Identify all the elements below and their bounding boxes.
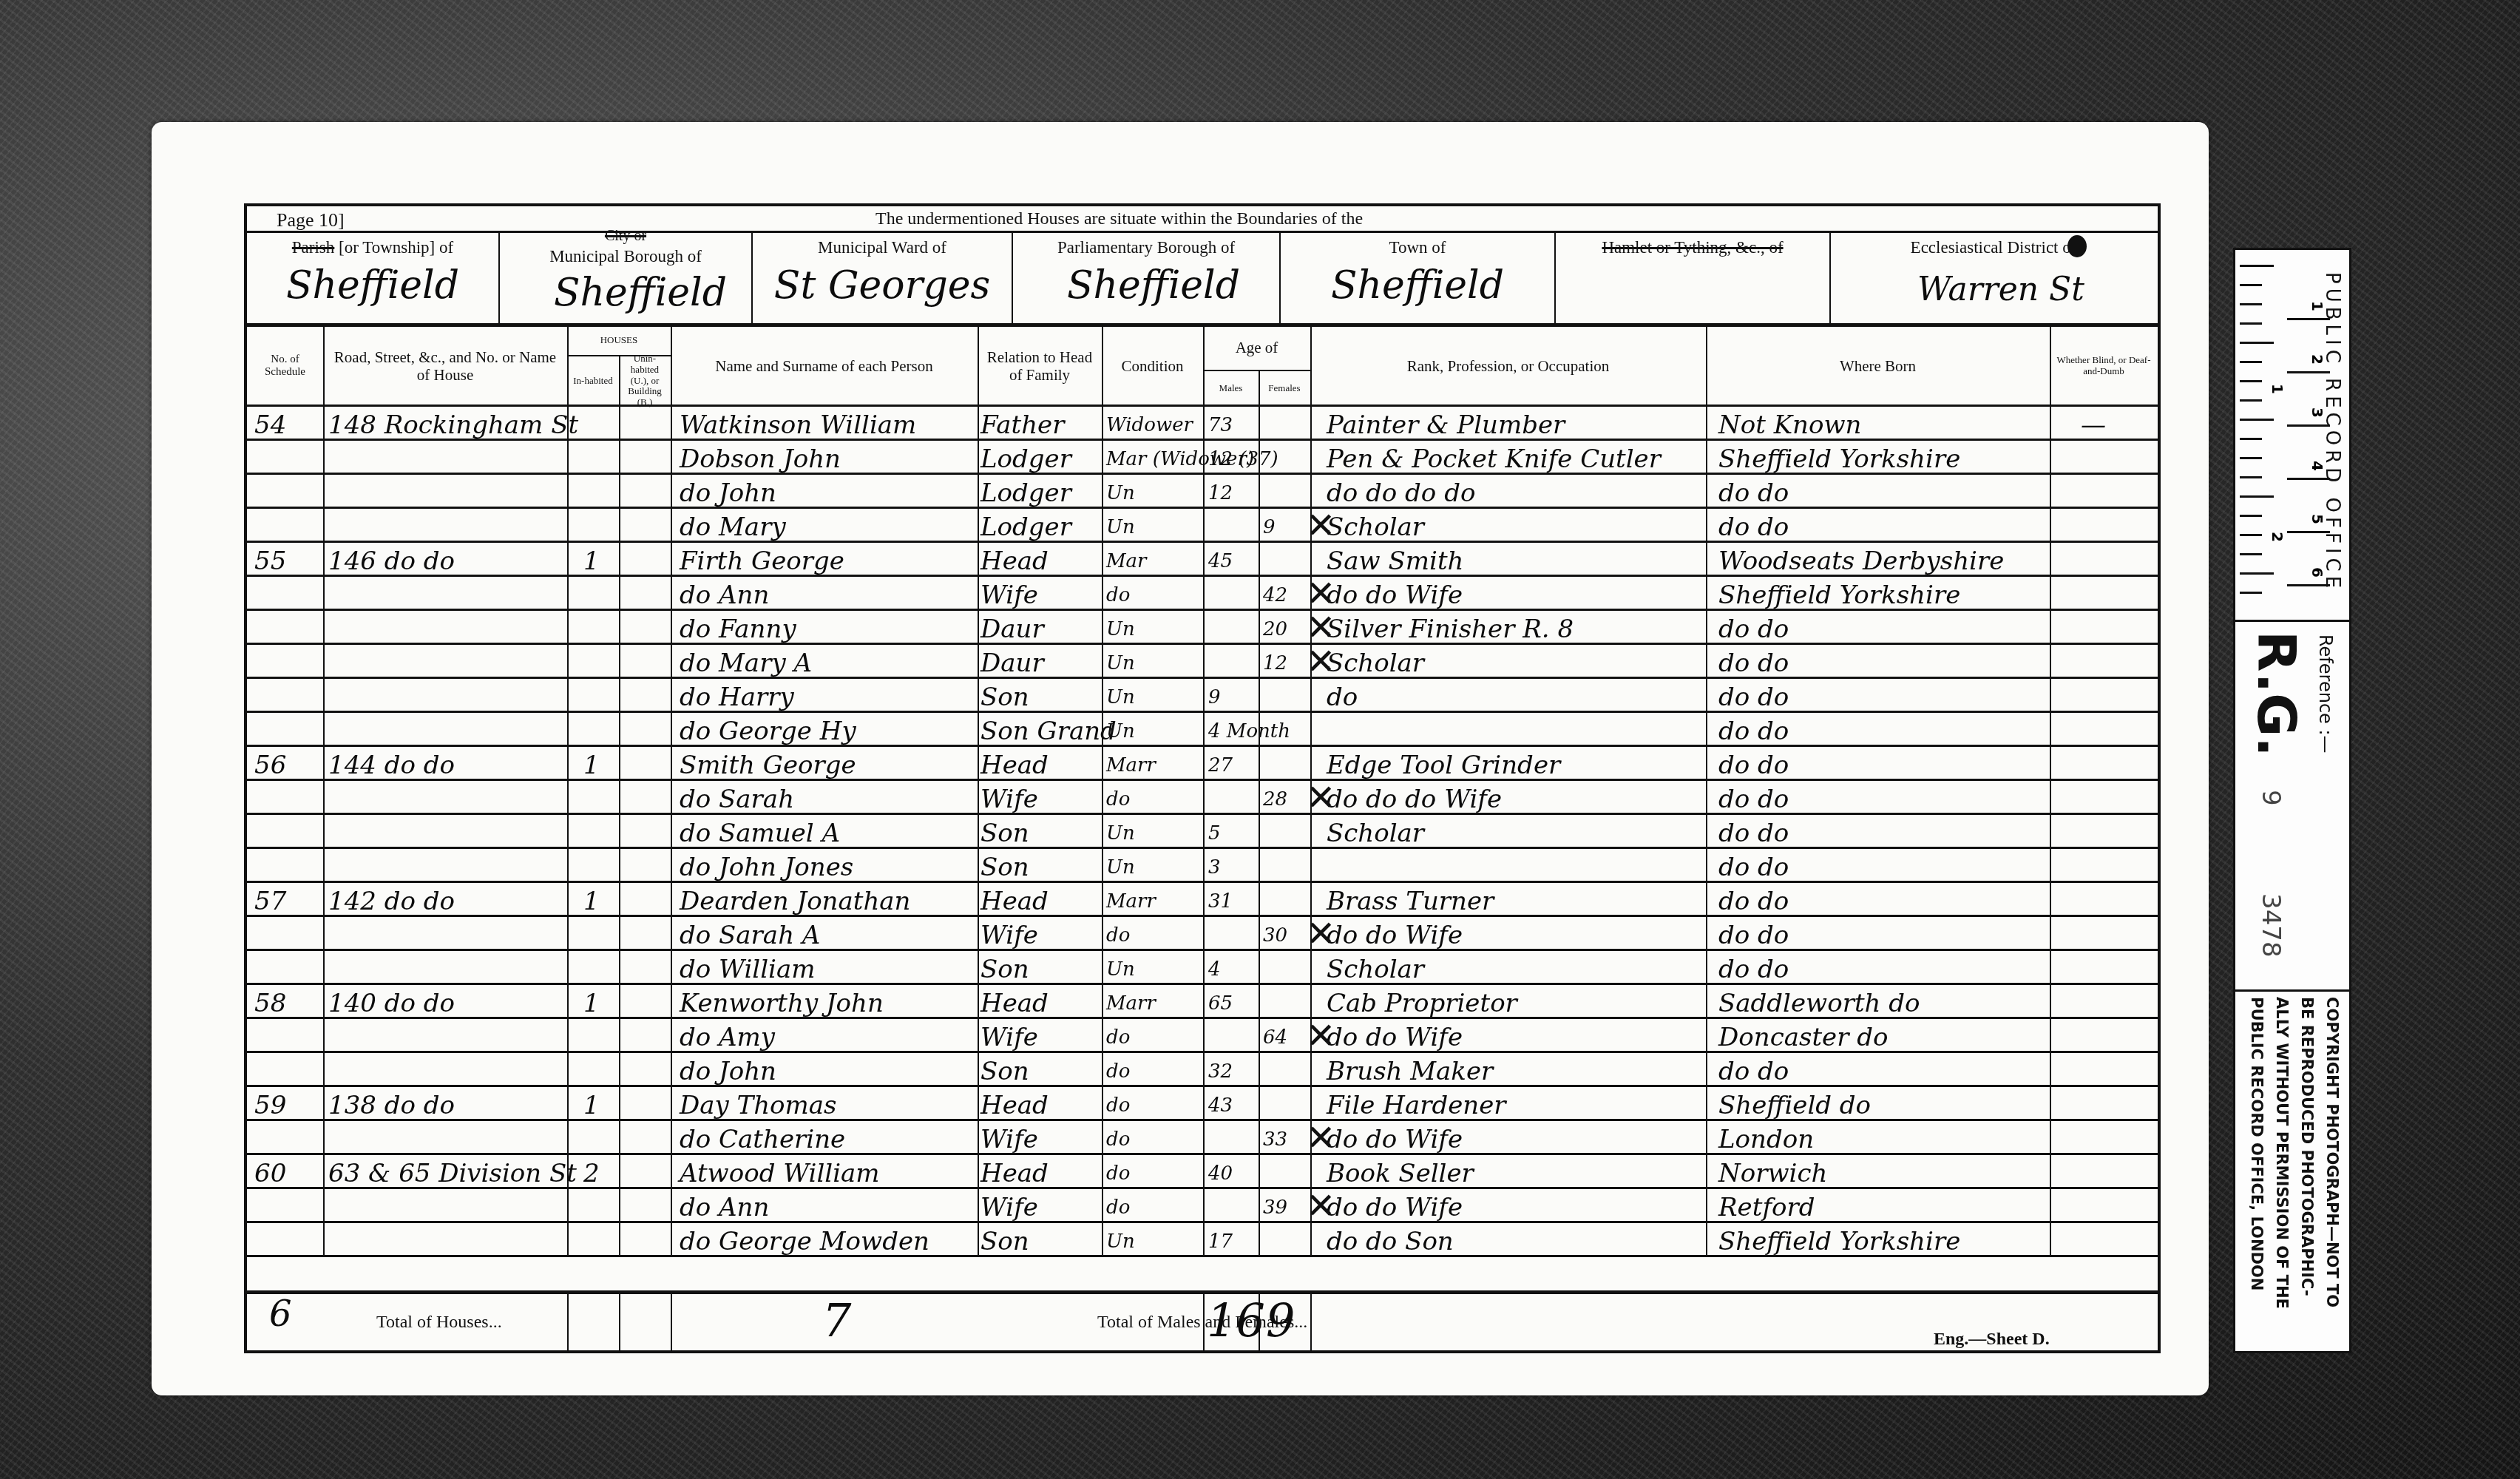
cell-relation: Head xyxy=(980,1154,1049,1188)
cell-where-born: do do xyxy=(1718,508,1789,542)
ruler-cm-number: 4 xyxy=(2309,461,2326,471)
cell-condition: Marr xyxy=(1106,984,1156,1018)
cell-condition: do xyxy=(1106,916,1130,950)
divider xyxy=(2050,327,2051,405)
location-municipal-ward: Municipal Ward of St Georges xyxy=(753,232,1012,325)
divider xyxy=(1706,406,1707,1256)
cell-condition: do xyxy=(1106,780,1130,814)
cell-name: Kenworthy John xyxy=(680,984,884,1018)
cell-relation: Son xyxy=(980,950,1029,984)
table-row: do George HySon GrandUn4 Monthdo do xyxy=(247,712,2158,746)
cell-schedule: 57 xyxy=(254,882,286,916)
divider xyxy=(1259,1293,1260,1353)
divider xyxy=(1102,327,1103,405)
cell-where-born: London xyxy=(1718,1120,1814,1154)
cell-condition: do xyxy=(1106,1086,1130,1120)
cell-relation: Son Grand xyxy=(980,712,1117,746)
cell-where-born: Sheffield Yorkshire xyxy=(1718,576,1960,610)
table-row: do George MowdenSonUn17do do SonSheffiel… xyxy=(247,1222,2158,1256)
location-town: Town of Sheffield xyxy=(1281,232,1554,325)
cell-relation: Daur xyxy=(980,610,1044,644)
cell-occupation: do do Wife xyxy=(1327,576,1463,610)
cell-name: do Amy xyxy=(680,1018,775,1052)
column-header-where-born: Where Born xyxy=(1706,327,2050,405)
cell-occupation: do do Wife xyxy=(1327,916,1463,950)
ruler-tick xyxy=(2240,303,2262,305)
cell-where-born: do do xyxy=(1718,1052,1789,1086)
column-header-road: Road, Street, &c., and No. or Name of Ho… xyxy=(323,327,567,405)
divider xyxy=(1310,327,1312,405)
cell-relation: Lodger xyxy=(980,474,1071,508)
totals-row: 6 Total of Houses... 7 Total of Males an… xyxy=(247,1293,2158,1353)
column-header-uninhabited: Unin-habited (U.), or Building (B.) xyxy=(619,356,671,405)
ruler-inch-number: 1 xyxy=(2269,384,2286,394)
cell-male-age: 17 xyxy=(1208,1222,1233,1256)
divider xyxy=(567,355,671,356)
cell-where-born: do do xyxy=(1718,678,1789,712)
location-value: Sheffield xyxy=(1295,263,1540,308)
divider xyxy=(671,406,672,1256)
cell-relation: Wife xyxy=(980,1120,1038,1154)
divider xyxy=(1203,406,1205,1256)
totals-males-value: 16 xyxy=(1207,1293,1265,1347)
table-row: do AnnWifedo42do do WifeSheffield Yorksh… xyxy=(247,576,2158,610)
ruler-cm-segment xyxy=(2287,478,2330,533)
cell-where-born: do do xyxy=(1718,746,1789,780)
ruler-tick xyxy=(2240,457,2262,459)
cell-condition: do xyxy=(1106,1120,1130,1154)
cell-male-age: 5 xyxy=(1208,814,1221,848)
tally-mark-icon: ✕ xyxy=(1306,641,1335,683)
divider xyxy=(978,406,979,1256)
cell-inhabited: 1 xyxy=(583,882,600,916)
cell-name: Watkinson William xyxy=(680,406,916,440)
divider xyxy=(619,1293,620,1353)
cell-name: do Sarah A xyxy=(680,916,820,950)
census-enumeration-sheet: Page 10] The undermentioned Houses are s… xyxy=(244,203,2161,1353)
ruler-tick xyxy=(2240,284,2262,286)
ruler-cm-segment xyxy=(2287,424,2330,480)
cell-where-born: do do xyxy=(1718,644,1789,678)
table-row: do MaryLodgerUn9Scholardo do xyxy=(247,508,2158,542)
column-header-blind: Whether Blind, or Deaf-and-Dumb xyxy=(2050,327,2158,405)
location-hamlet: Hamlet or Tything, &c., of xyxy=(1556,232,1829,325)
location-label: Parliamentary Borough of xyxy=(1013,238,1279,257)
cell-where-born: Norwich xyxy=(1718,1154,1827,1188)
table-row: 54148 Rockingham StWatkinson WilliamFath… xyxy=(247,406,2158,440)
cell-female-age: 12 xyxy=(1263,644,1287,678)
cell-inhabited: 1 xyxy=(583,746,600,780)
table-row: 6063 & 65 Division St2Atwood WilliamHead… xyxy=(247,1154,2158,1188)
cell-where-born: do do xyxy=(1718,780,1789,814)
cell-name: do John Jones xyxy=(680,848,853,882)
cell-condition: Marr xyxy=(1106,746,1156,780)
cell-where-born: do do xyxy=(1718,712,1789,746)
cell-road: 138 do do xyxy=(328,1086,455,1120)
cell-relation: Wife xyxy=(980,916,1038,950)
divider xyxy=(619,356,620,405)
cell-relation: Wife xyxy=(980,1018,1038,1052)
location-parliamentary-borough: Parliamentary Borough of Sheffield xyxy=(1013,232,1279,325)
cell-occupation: Scholar xyxy=(1327,950,1424,984)
cell-schedule: 54 xyxy=(254,406,286,440)
sheet-footer: Eng.—Sheet D. xyxy=(1934,1330,2050,1350)
census-rows: 54148 Rockingham StWatkinson WilliamFath… xyxy=(247,406,2158,1290)
cell-male-age: 3 xyxy=(1208,848,1221,882)
cell-name: do George Hy xyxy=(680,712,856,746)
cell-occupation: do do do Wife xyxy=(1327,780,1502,814)
location-label: Ecclesiastical District of xyxy=(1831,238,2156,257)
column-group-houses: HOUSES xyxy=(567,327,671,353)
cell-where-born: Doncaster do xyxy=(1718,1018,1888,1052)
location-label-struck: City or xyxy=(605,228,646,244)
cell-male-age: 40 xyxy=(1208,1154,1233,1188)
column-header-schedule: No. of Schedule xyxy=(247,327,323,405)
location-label: Municipal Ward of xyxy=(753,238,1012,257)
column-header-inhabited: In-habited xyxy=(567,356,619,405)
cell-male-age: 32 xyxy=(1208,1052,1233,1086)
cell-condition: do xyxy=(1106,1188,1130,1222)
tally-mark-icon: ✕ xyxy=(1306,777,1335,819)
table-row: do HarrySonUn9dodo do xyxy=(247,678,2158,712)
ruler-tick xyxy=(2240,438,2262,440)
cell-schedule: 58 xyxy=(254,984,286,1018)
cell-occupation: Scholar xyxy=(1327,814,1424,848)
cell-occupation: do do Wife xyxy=(1327,1018,1463,1052)
ruler-cm-segment xyxy=(2287,318,2330,373)
cell-road: 140 do do xyxy=(328,984,455,1018)
cell-female-age: 39 xyxy=(1263,1188,1287,1222)
totals-females-value: 9 xyxy=(1266,1293,1295,1347)
cell-relation: Head xyxy=(980,882,1049,916)
cell-relation: Son xyxy=(980,1222,1029,1256)
cell-road: 148 Rockingham St xyxy=(328,406,578,440)
cell-schedule: 59 xyxy=(254,1086,286,1120)
column-group-age: Age of xyxy=(1203,327,1310,368)
page-number: Page 10] xyxy=(277,209,345,231)
cell-where-born: do do xyxy=(1718,848,1789,882)
table-row: do Mary ADaurUn12Scholardo do xyxy=(247,644,2158,678)
ruler-tick xyxy=(2240,419,2274,421)
cell-schedule: 55 xyxy=(254,542,286,576)
cell-female-age: 33 xyxy=(1263,1120,1287,1154)
cell-inhabited: 1 xyxy=(583,542,600,576)
copyright-notice: COPYRIGHT PHOTOGRAPH—NOT TO BE REPRODUCE… xyxy=(2244,997,2345,1322)
location-label: [or Township] of xyxy=(339,238,453,257)
cell-where-born: Saddleworth do xyxy=(1718,984,1920,1018)
cell-male-age: 12 xyxy=(1208,474,1233,508)
cell-name: do John xyxy=(680,1052,776,1086)
cell-male-age: 31 xyxy=(1208,882,1233,916)
table-row: do JohnLodgerUn12do do do dodo do xyxy=(247,474,2158,508)
boundaries-title: The undermentioned Houses are situate wi… xyxy=(875,209,1615,229)
cell-female-age: 30 xyxy=(1263,916,1287,950)
divider xyxy=(2235,989,2349,992)
cell-condition: Un xyxy=(1106,848,1135,882)
cell-female-age: 42 xyxy=(1263,576,1287,610)
cell-occupation: do do do do xyxy=(1327,474,1475,508)
cell-occupation: Saw Smith xyxy=(1327,542,1463,576)
table-row: do John JonesSonUn3do do xyxy=(247,848,2158,882)
cell-road: 63 & 65 Division St xyxy=(328,1154,577,1188)
location-value: Sheffield xyxy=(529,271,751,315)
cell-female-age: 28 xyxy=(1263,780,1287,814)
table-row: do AmyWifedo64do do WifeDoncaster do xyxy=(247,1018,2158,1052)
cell-road: 142 do do xyxy=(328,882,455,916)
cell-road: 144 do do xyxy=(328,746,455,780)
column-header-females: Females xyxy=(1259,371,1310,405)
cell-condition: do xyxy=(1106,1052,1130,1086)
ruler-tick xyxy=(2240,572,2274,575)
cell-condition: Un xyxy=(1106,508,1135,542)
cell-schedule: 60 xyxy=(254,1154,286,1188)
cell-name: do Fanny xyxy=(680,610,796,644)
tally-mark-icon: ✕ xyxy=(1306,1185,1335,1227)
table-row: do Sarah AWifedo30do do Wifedo do xyxy=(247,916,2158,950)
table-row: do Samuel ASonUn5Scholardo do xyxy=(247,814,2158,848)
tally-mark-icon: ✕ xyxy=(1306,1015,1335,1057)
divider xyxy=(2235,620,2349,622)
cell-occupation: Scholar xyxy=(1327,508,1424,542)
cell-male-age: 4 xyxy=(1208,950,1221,984)
cell-condition: Un xyxy=(1106,474,1135,508)
ruler-tick xyxy=(2240,495,2274,498)
cell-male-age: 43 xyxy=(1208,1086,1233,1120)
cell-condition: Marr xyxy=(1106,882,1156,916)
cell-occupation: do do Son xyxy=(1327,1222,1454,1256)
ruler-tick xyxy=(2240,534,2262,536)
cell-occupation: Brush Maker xyxy=(1327,1052,1493,1086)
ruler-tick xyxy=(2240,380,2262,382)
ruler-cm-segment xyxy=(2287,265,2330,320)
divider xyxy=(2050,406,2051,1256)
divider xyxy=(619,406,620,1256)
ruler-cm-number: 1 xyxy=(2309,301,2326,311)
cell-name: do Sarah xyxy=(680,780,794,814)
ruler-tick xyxy=(2240,361,2262,363)
divider xyxy=(1259,371,1260,405)
cell-relation: Lodger xyxy=(980,440,1071,474)
ruler-cm-segment xyxy=(2287,371,2330,427)
divider xyxy=(567,1293,569,1353)
cell-relation: Son xyxy=(980,814,1029,848)
ruler-cm-number: 6 xyxy=(2309,567,2326,578)
ruler-cm-number: 5 xyxy=(2309,514,2326,524)
table-row: 56144 do do1Smith GeorgeHeadMarr27Edge T… xyxy=(247,746,2158,780)
cell-female-age: 64 xyxy=(1263,1018,1287,1052)
cell-name: do George Mowden xyxy=(680,1222,929,1256)
ruler-cm-segment xyxy=(2287,531,2330,586)
cell-condition: Widower xyxy=(1106,406,1193,440)
cell-where-born: do do xyxy=(1718,916,1789,950)
cell-where-born: Sheffield Yorkshire xyxy=(1718,1222,1960,1256)
location-municipal-borough: City or Municipal Borough of Sheffield xyxy=(500,232,751,325)
totals-houses-label: Total of Houses... xyxy=(376,1313,502,1333)
ruler-tick xyxy=(2240,515,2262,517)
reference-series: 9 xyxy=(2256,790,2286,806)
cell-relation: Head xyxy=(980,746,1049,780)
cell-female-age: 20 xyxy=(1263,610,1287,644)
column-header-relation: Relation to Head of Family xyxy=(978,327,1102,405)
column-header-name: Name and Surname of each Person xyxy=(671,327,978,405)
cell-condition: Un xyxy=(1106,950,1135,984)
totals-houses-value: 7 xyxy=(822,1293,851,1347)
record-office-ruler-strip: PUBLIC RECORD OFFICE 12345612 Reference … xyxy=(2233,248,2351,1353)
column-header-row: No. of ScheduleRoad, Street, &c., and No… xyxy=(247,327,2158,405)
location-label-struck: Parish xyxy=(292,238,335,257)
ruler-tick xyxy=(2240,399,2262,402)
location-ecclesiastical-district: Ecclesiastical District of Warren St xyxy=(1831,232,2156,325)
reference-piece: 3478 xyxy=(2256,893,2286,958)
cell-occupation: do do Wife xyxy=(1327,1120,1463,1154)
ruler-tick xyxy=(2240,592,2262,594)
cell-condition: Un xyxy=(1106,678,1135,712)
column-header-condition: Condition xyxy=(1102,327,1203,405)
reference-class: R.G. xyxy=(2246,631,2308,757)
divider xyxy=(1310,1293,1312,1353)
cell-male-age: 9 xyxy=(1208,678,1221,712)
divider xyxy=(1203,1293,1205,1353)
cell-occupation: Book Seller xyxy=(1327,1154,1474,1188)
cell-name: do Harry xyxy=(680,678,794,712)
divider xyxy=(978,327,979,405)
cell-name: do Mary A xyxy=(680,644,812,678)
cell-condition: do xyxy=(1106,576,1130,610)
ruler-inch-number: 2 xyxy=(2269,532,2286,542)
cell-where-born: Woodseats Derbyshire xyxy=(1718,542,2004,576)
ruler-cm-number: 3 xyxy=(2309,407,2326,418)
cell-where-born: do do xyxy=(1718,950,1789,984)
cell-relation: Lodger xyxy=(980,508,1071,542)
cell-relation: Father xyxy=(980,406,1065,440)
divider xyxy=(323,327,325,405)
cell-relation: Head xyxy=(980,542,1049,576)
table-row: do FannyDaurUn20Silver Finisher R. 8do d… xyxy=(247,610,2158,644)
cell-condition: Un xyxy=(1106,644,1135,678)
cell-male-age: 45 xyxy=(1208,542,1233,576)
cell-name: do William xyxy=(680,950,815,984)
cell-inhabited: 1 xyxy=(583,984,600,1018)
cell-name: do Mary xyxy=(680,508,786,542)
reference-label: Reference :— xyxy=(2315,634,2336,754)
cell-road: 146 do do xyxy=(328,542,455,576)
cell-relation: Wife xyxy=(980,780,1038,814)
cell-occupation: Pen & Pocket Knife Cutler xyxy=(1327,440,1661,474)
divider xyxy=(1259,406,1260,1256)
location-parish: Parish [or Township] of Sheffield xyxy=(247,232,498,325)
ruler-tick xyxy=(2240,476,2262,478)
cell-occupation: Silver Finisher R. 8 xyxy=(1327,610,1574,644)
cell-male-age: 73 xyxy=(1208,406,1233,440)
ruler-cm-number: 2 xyxy=(2309,354,2326,365)
column-header-occupation: Rank, Profession, or Occupation xyxy=(1310,327,1706,405)
ruler-tick xyxy=(2240,553,2262,555)
cell-where-born: do do xyxy=(1718,882,1789,916)
cell-inhabited: 1 xyxy=(583,1086,600,1120)
table-row: 57142 do do1Dearden JonathanHeadMarr31Br… xyxy=(247,882,2158,916)
cell-condition: Un xyxy=(1106,712,1135,746)
location-value: Sheffield xyxy=(1043,263,1264,308)
tally-mark-icon: ✕ xyxy=(1306,913,1335,955)
table-row: 59138 do do1Day ThomasHeaddo43File Harde… xyxy=(247,1086,2158,1120)
cell-name: Smith George xyxy=(680,746,856,780)
cell-name: Atwood William xyxy=(680,1154,880,1188)
cell-name: do John xyxy=(680,474,776,508)
divider xyxy=(1203,370,1310,371)
location-value: Sheffield xyxy=(262,263,484,308)
cell-male-age: 12 (37) xyxy=(1208,440,1278,474)
table-row: 55146 do do1Firth GeorgeHeadMar45Saw Smi… xyxy=(247,542,2158,576)
tally-mark-icon: ✕ xyxy=(1306,505,1335,546)
cell-occupation: Brass Turner xyxy=(1327,882,1494,916)
cell-condition: do xyxy=(1106,1154,1130,1188)
cell-schedule: 56 xyxy=(254,746,286,780)
cell-where-born: Not Known xyxy=(1718,406,1861,440)
divider xyxy=(671,327,672,405)
divider xyxy=(323,406,325,1256)
cell-where-born: Retford xyxy=(1718,1188,1815,1222)
cell-where-born: do do xyxy=(1718,814,1789,848)
location-label: Town of xyxy=(1281,238,1554,257)
divider xyxy=(1706,327,1707,405)
table-row: do JohnSondo32Brush Makerdo do xyxy=(247,1052,2158,1086)
cell-male-age: 27 xyxy=(1208,746,1233,780)
table-row: do WilliamSonUn4Scholardo do xyxy=(247,950,2158,984)
cell-condition: Mar xyxy=(1106,542,1147,576)
cell-condition: Un xyxy=(1106,610,1135,644)
cell-relation: Son xyxy=(980,1052,1029,1086)
tally-mark-icon: ✕ xyxy=(1306,1117,1335,1159)
cell-male-age: 65 xyxy=(1208,984,1233,1018)
cell-name: Day Thomas xyxy=(680,1086,837,1120)
divider xyxy=(671,1293,672,1353)
cell-where-born: do do xyxy=(1718,610,1789,644)
cell-occupation: Cab Proprietor xyxy=(1327,984,1517,1018)
cell-name: do Ann xyxy=(680,576,769,610)
cell-relation: Daur xyxy=(980,644,1044,678)
divider xyxy=(567,406,569,1256)
table-row: do CatherineWifedo33do do WifeLondon xyxy=(247,1120,2158,1154)
cell-inhabited: 2 xyxy=(583,1154,600,1188)
divider xyxy=(1102,406,1103,1256)
table-row: Dobson JohnLodgerMar (Widower)12 (37)Pen… xyxy=(247,440,2158,474)
table-row: do AnnWifedo39do do WifeRetford xyxy=(247,1188,2158,1222)
cell-occupation: Scholar xyxy=(1327,644,1424,678)
column-header-males: Males xyxy=(1203,371,1259,405)
cell-condition: Un xyxy=(1106,814,1135,848)
cell-relation: Son xyxy=(980,848,1029,882)
cell-where-born: Sheffield Yorkshire xyxy=(1718,440,1960,474)
cell-occupation: Edge Tool Grinder xyxy=(1327,746,1560,780)
ruler-tick xyxy=(2240,342,2274,344)
cell-where-born: do do xyxy=(1718,474,1789,508)
cell-relation: Son xyxy=(980,678,1029,712)
cell-blind: — xyxy=(2081,406,2106,440)
ink-blot-icon xyxy=(2067,235,2087,257)
cell-condition: do xyxy=(1106,1018,1130,1052)
location-label-struck: Hamlet or Tything, &c., of xyxy=(1556,238,1829,257)
cell-name: Dobson John xyxy=(680,440,841,474)
cell-occupation: do do Wife xyxy=(1327,1188,1463,1222)
cell-relation: Wife xyxy=(980,576,1038,610)
cell-name: do Catherine xyxy=(680,1120,845,1154)
cell-occupation: File Hardener xyxy=(1327,1086,1506,1120)
location-value: Warren St xyxy=(1875,271,2127,308)
ruler-tick xyxy=(2240,322,2262,325)
cell-female-age: 9 xyxy=(1263,508,1276,542)
cell-occupation: Painter & Plumber xyxy=(1327,406,1565,440)
cell-name: Dearden Jonathan xyxy=(680,882,911,916)
